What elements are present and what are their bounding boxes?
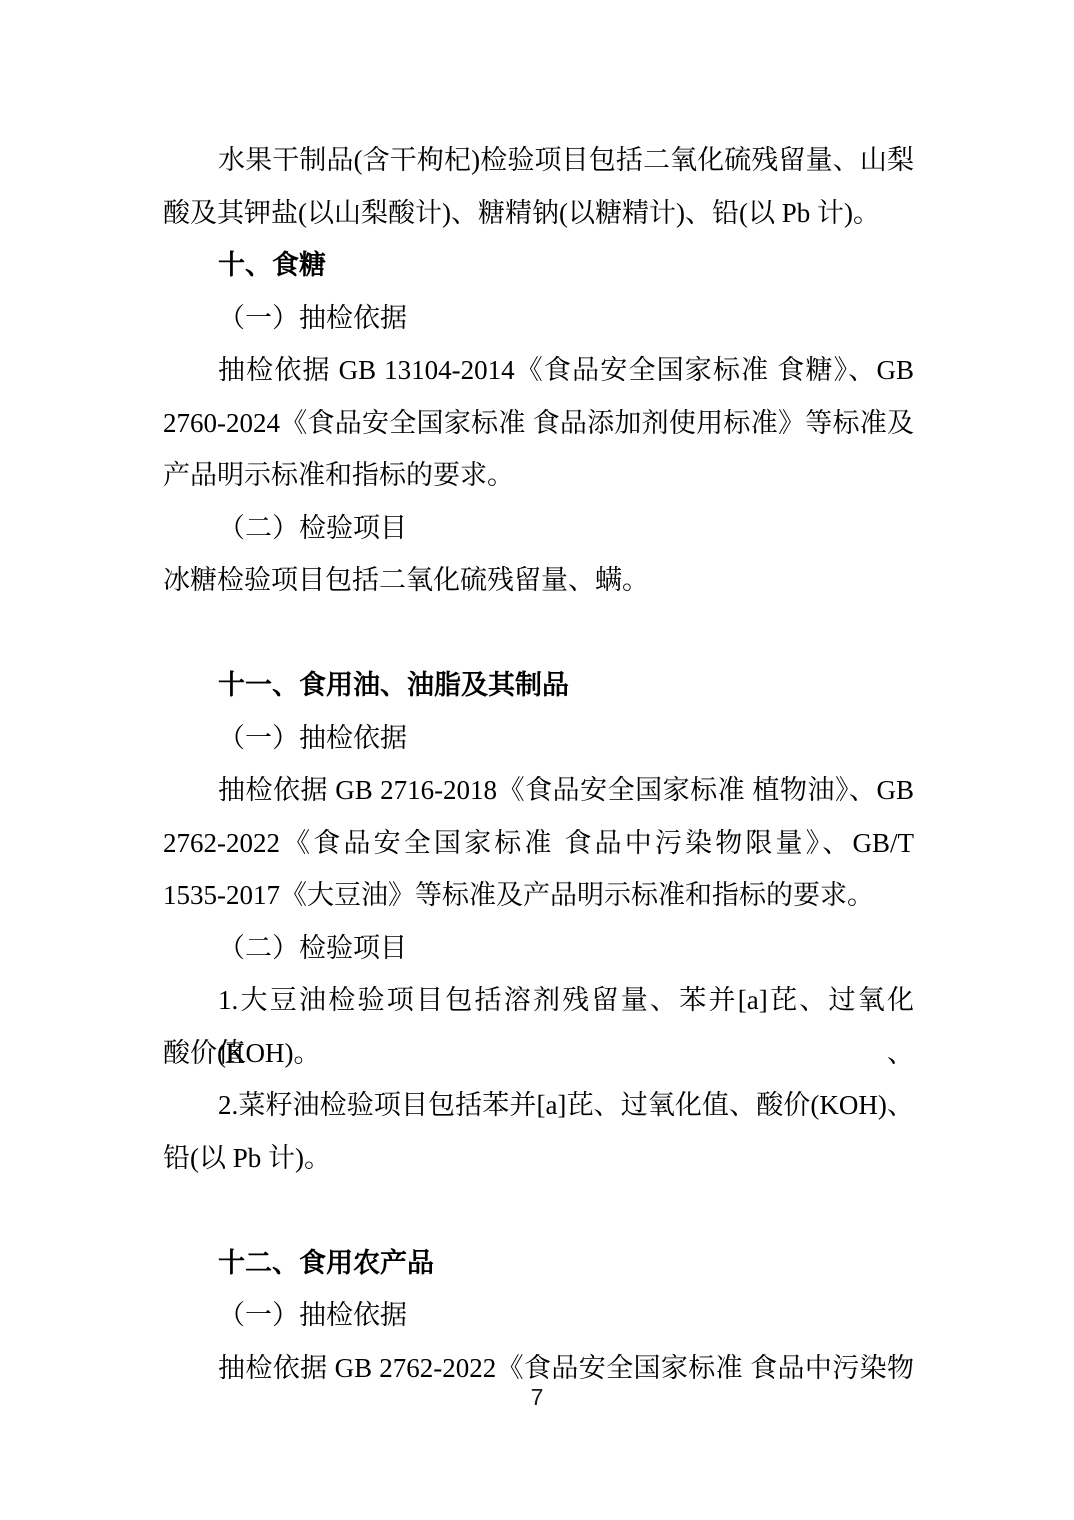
document-page: 水果干制品(含干枸杞)检验项目包括二氧化硫残留量、山梨酸及其钾盐(以山梨酸计)、… [0,0,1074,1520]
text-line: 抽检依据 GB 2716-2018《食品安全国家标准 植物油》、GB [163,764,914,817]
text-line: 冰糖检验项目包括二氧化硫残留量、螨。 [163,554,914,607]
section-heading: 十一、食用油、油脂及其制品 [163,659,914,712]
section-heading: 十二、食用农产品 [163,1237,914,1290]
text-line: （一）抽检依据 [163,712,914,765]
text-line: 抽检依据 GB 13104-2014《食品安全国家标准 食糖》、GB [163,344,914,397]
text-line: （一）抽检依据 [163,1289,914,1342]
text-line: 2762-2022《食品安全国家标准 食品中污染物限量》、GB/T [163,817,914,870]
section-heading: 十、食糖 [163,239,914,292]
text-line: 2.菜籽油检验项目包括苯并[a]芘、过氧化值、酸价(KOH)、 [163,1079,914,1132]
text-line: （一）抽检依据 [163,292,914,345]
blank-line [163,1184,914,1237]
page-number: 7 [0,1384,1074,1411]
text-line: 2760-2024《食品安全国家标准 食品添加剂使用标准》等标准及 [163,397,914,450]
text-line: 1535-2017《大豆油》等标准及产品明示标准和指标的要求。 [163,869,914,922]
text-line: 铅(以 Pb 计)。 [163,1132,914,1185]
text-line: 水果干制品(含干枸杞)检验项目包括二氧化硫残留量、山梨 [163,134,914,187]
text-line: 1.大豆油检验项目包括溶剂残留量、苯并[a]芘、过氧化值、 [163,974,914,1027]
blank-line [163,607,914,660]
text-line: （二）检验项目 [163,502,914,555]
document-body: 水果干制品(含干枸杞)检验项目包括二氧化硫残留量、山梨酸及其钾盐(以山梨酸计)、… [163,134,914,1394]
text-line: 产品明示标准和指标的要求。 [163,449,914,502]
text-line: 酸及其钾盐(以山梨酸计)、糖精钠(以糖精计)、铅(以 Pb 计)。 [163,187,914,240]
text-line: （二）检验项目 [163,922,914,975]
